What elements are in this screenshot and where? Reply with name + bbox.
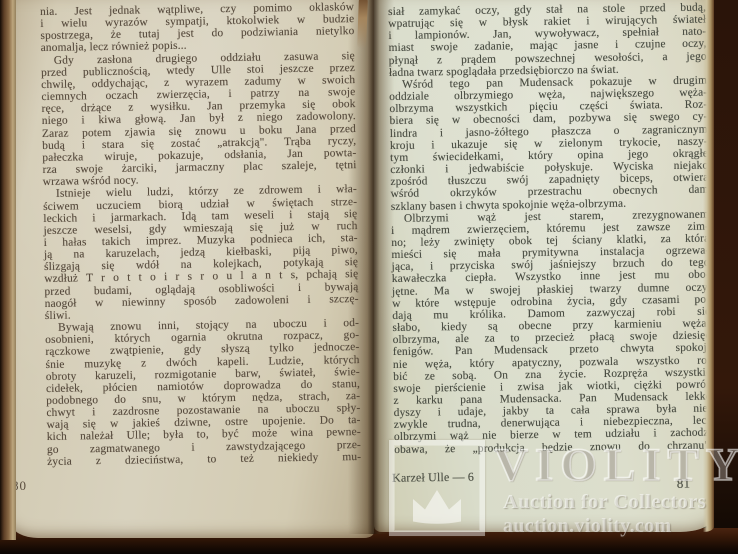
watermark-title: VIOLITY — [494, 438, 738, 492]
paragraph: Istnieje wielu ludzi, którzy ze zdrowem … — [43, 183, 359, 322]
left-page-text: nia. Jest jednak wątpliwe, czy pomimo ok… — [40, 1, 361, 468]
paragraph: Wśród tego pan Mudensack pokazuje w drug… — [389, 74, 709, 212]
paragraph: nia. Jest jednak wątpliwe, czy pomimo ok… — [40, 1, 355, 55]
paragraph: siał zamykać oczy, gdy stał na stole prz… — [388, 2, 707, 79]
left-page: nia. Jest jednak wątpliwe, czy pomimo ok… — [12, 0, 374, 538]
paragraph: Bywają znowu inni, stojący na uboczu i o… — [45, 317, 361, 468]
crown-icon — [410, 485, 464, 525]
paragraph: Gdy zasłona drugiego oddziału zasuwa się… — [41, 50, 357, 189]
spine-thread — [357, 0, 368, 49]
book-photo: nia. Jest jednak wątpliwe, czy pomimo ok… — [0, 0, 738, 554]
left-page-edges — [0, 0, 16, 540]
watermark-subtitle: Auction for Collectors — [503, 491, 706, 514]
watermark-logo-frame — [389, 440, 485, 536]
watermark-url: auction.violity.com — [503, 515, 672, 538]
right-page-text: siał zamykać oczy, gdy stał na stole prz… — [388, 2, 712, 456]
book-gutter-shadow — [348, 0, 394, 534]
paragraph: Olbrzymi wąż jest starem, zrezygnowanemi… — [391, 208, 712, 456]
